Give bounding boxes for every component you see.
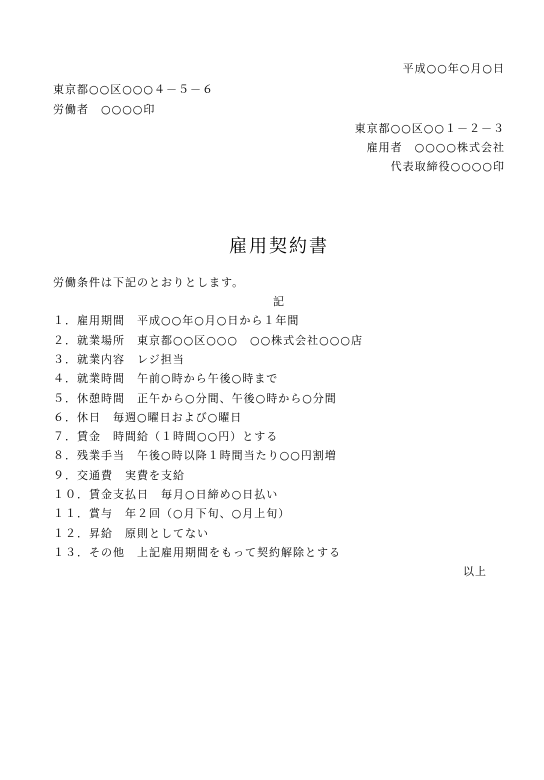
document-date: 平成○○年○月○日	[53, 59, 505, 78]
contract-item: ５．休憩時間 正午から○分間、午後○時から○分間	[53, 389, 505, 408]
closing-text: 以上	[53, 562, 505, 581]
employer-address: 東京都○○区○○１－２－３	[53, 119, 505, 138]
contract-item: １０．賃金支払日 毎月○日締め○日払い	[53, 485, 505, 504]
employee-name-line: 労働者 ○○○○印	[53, 100, 505, 119]
contract-item: ９．交通費 実費を支給	[53, 466, 505, 485]
intro-text: 労働条件は下記のとおりとします。	[53, 273, 505, 292]
contract-item: ２．就業場所 東京都○○区○○○ ○○株式会社○○○店	[53, 331, 505, 350]
contract-items-list: １．雇用期間 平成○○年○月○日から１年間 ２．就業場所 東京都○○区○○○ ○…	[53, 311, 505, 562]
employee-block: 東京都○○区○○○４－５－６ 労働者 ○○○○印	[53, 80, 505, 119]
document-title: 雇用契約書	[53, 234, 505, 260]
employee-address: 東京都○○区○○○４－５－６	[53, 80, 505, 99]
contract-item: １３．その他 上記雇用期間をもって契約解除とする	[53, 543, 505, 562]
contract-item: ７．賃金 時間給（１時間○○円）とする	[53, 427, 505, 446]
contract-item: ８．残業手当 午後○時以降１時間当たり○○円割増	[53, 446, 505, 465]
contract-item: ３．就業内容 レジ担当	[53, 350, 505, 369]
contract-item: １１．賞与 年２回（○月下旬、○月上旬）	[53, 504, 505, 523]
employer-representative-line: 代表取締役○○○○印	[53, 157, 505, 176]
note-marker: 記	[53, 292, 505, 311]
contract-item: ４．就業時間 午前○時から午後○時まで	[53, 369, 505, 388]
employer-block: 東京都○○区○○１－２－３ 雇用者 ○○○○株式会社 代表取締役○○○○印	[53, 119, 505, 177]
contract-item: ６．休日 毎週○曜日および○曜日	[53, 408, 505, 427]
contract-item: １．雇用期間 平成○○年○月○日から１年間	[53, 311, 505, 330]
contract-item: １２．昇給 原則としてない	[53, 524, 505, 543]
employer-name-line: 雇用者 ○○○○株式会社	[53, 138, 505, 157]
contract-document-page: 平成○○年○月○日 東京都○○区○○○４－５－６ 労働者 ○○○○印 東京都○○…	[0, 0, 544, 780]
